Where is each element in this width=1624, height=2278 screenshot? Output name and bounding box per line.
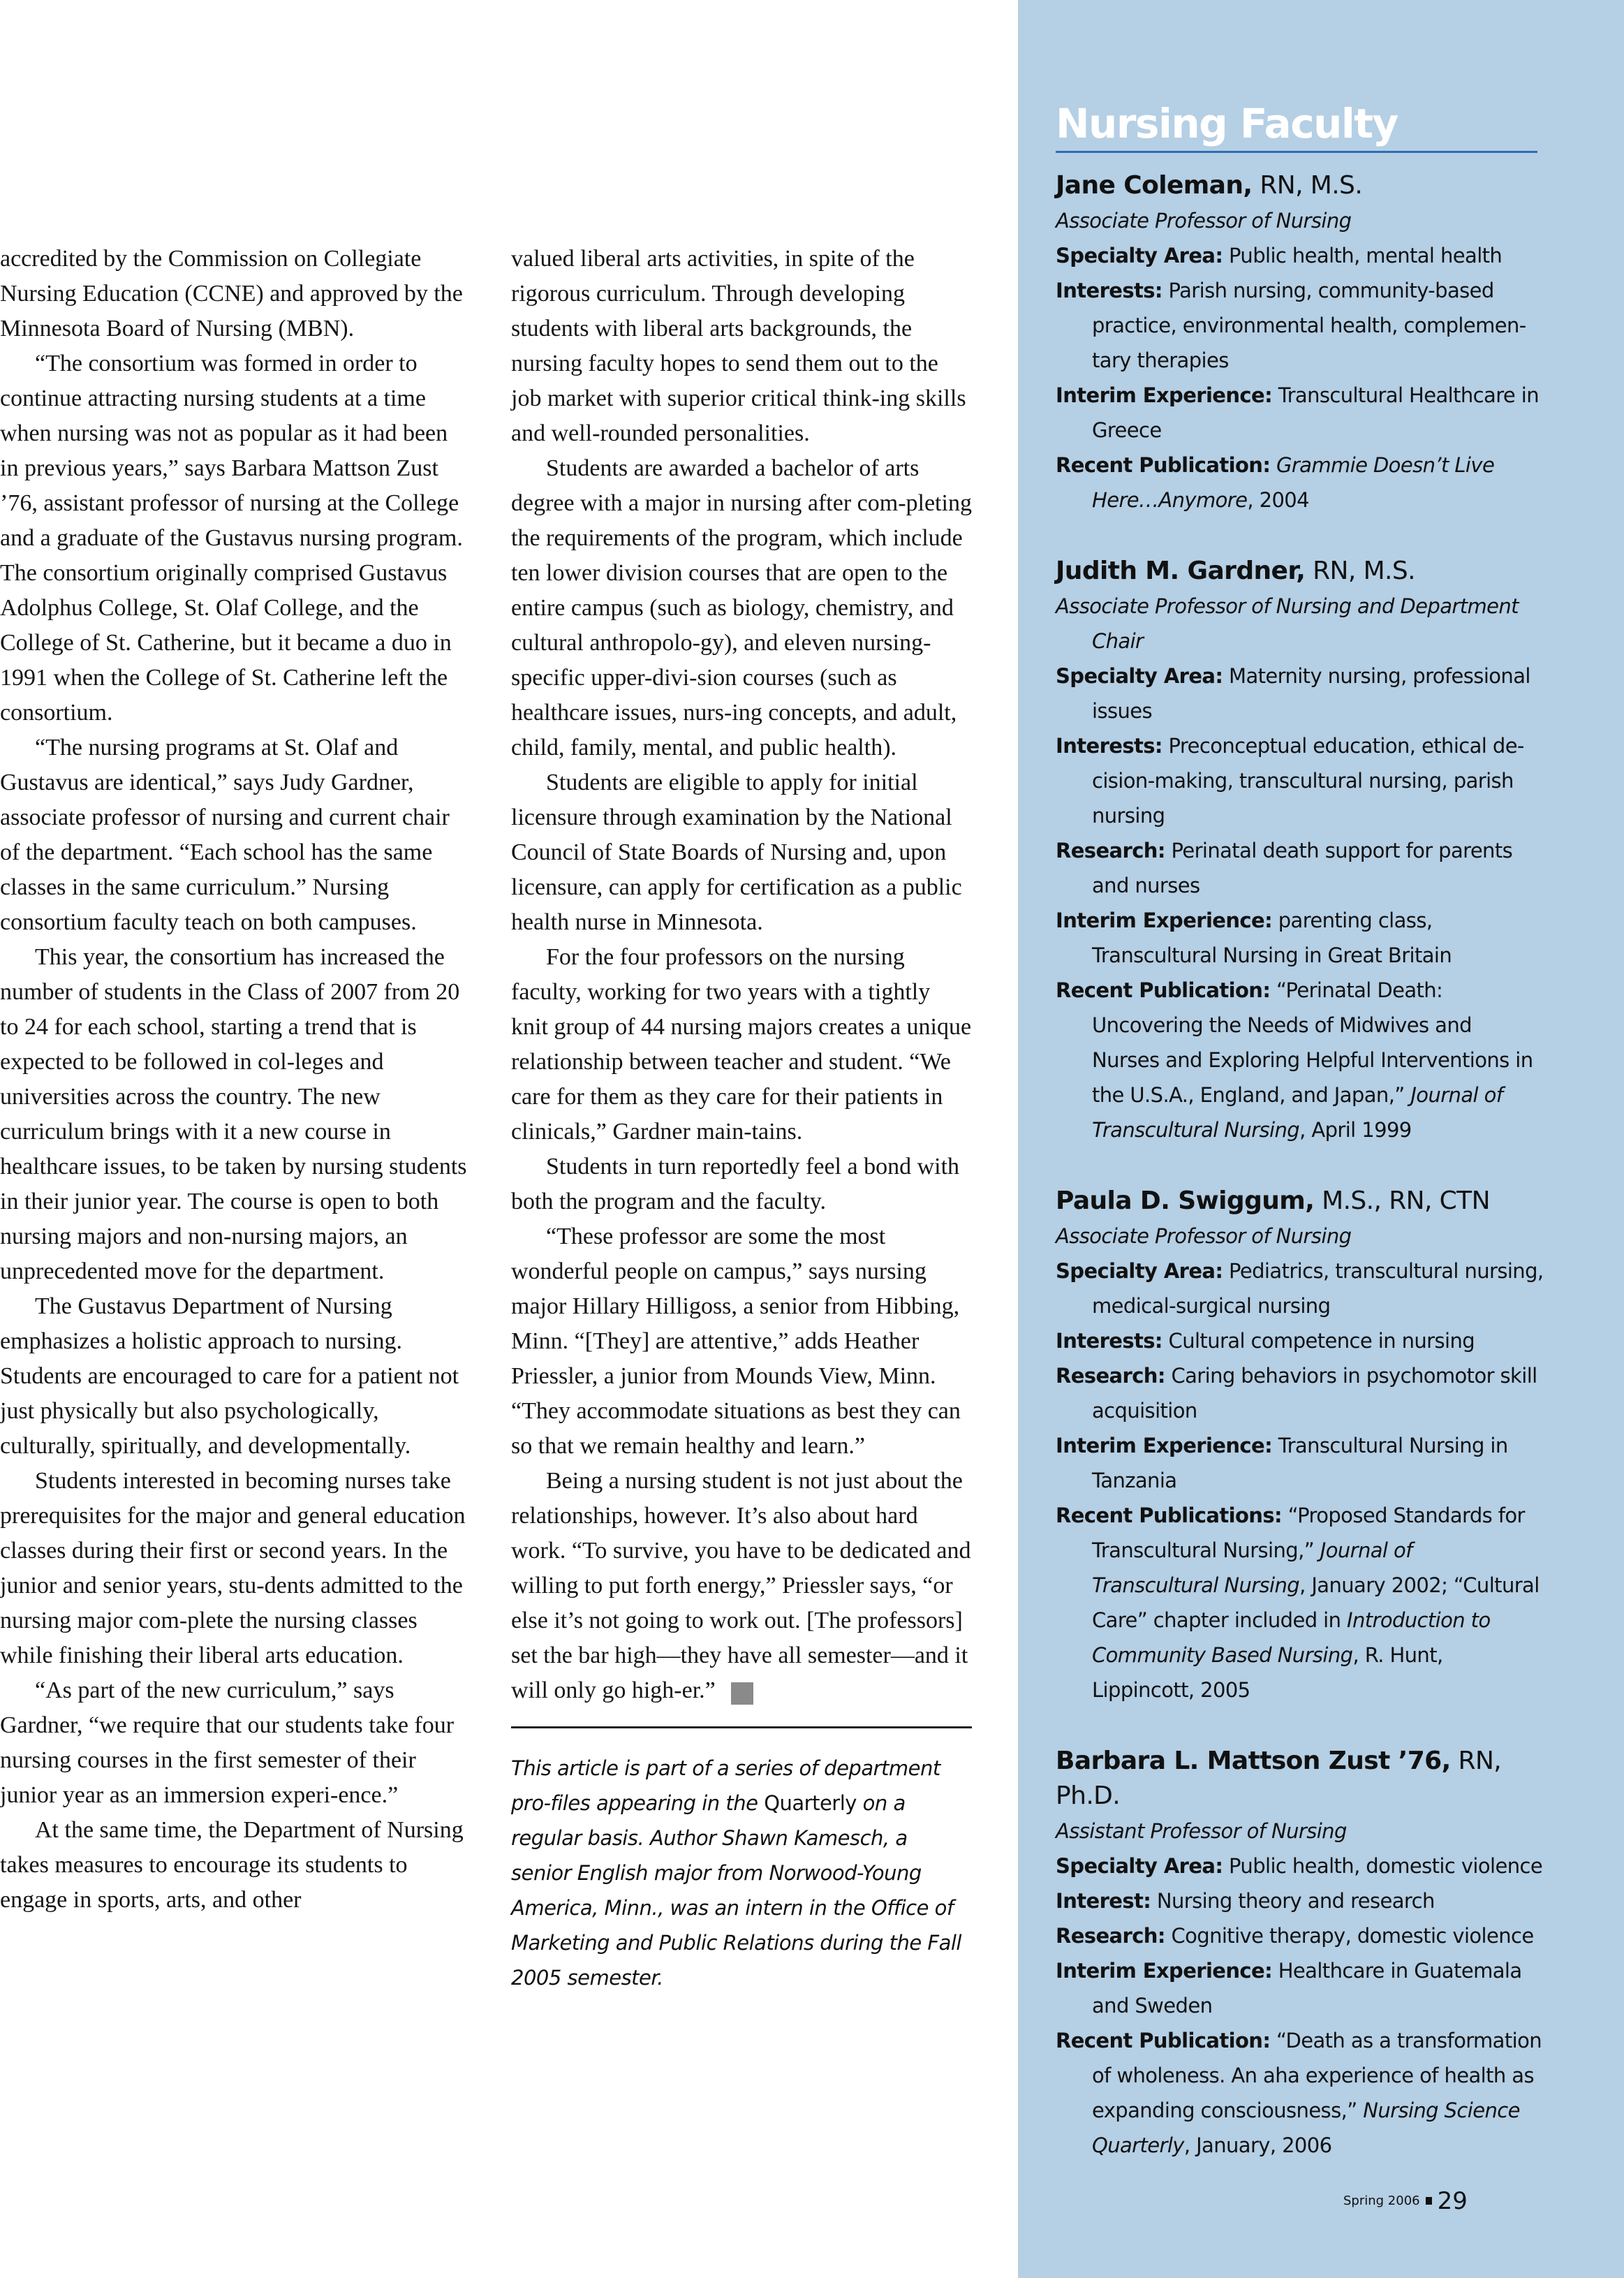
issue-season: Spring 2006: [1343, 2194, 1420, 2208]
field-interests: Interests: Parish nursing, community-bas…: [1056, 273, 1544, 378]
article-column-2: valued liberal arts activities, in spite…: [511, 242, 972, 1995]
faculty-entry: Judith M. Gardner, RN, M.S. Associate Pr…: [1056, 554, 1544, 1147]
field-publication: Recent Publication: Grammie Doesn’t Live…: [1056, 448, 1544, 517]
square-bullet-icon: [1426, 2197, 1432, 2205]
field-publication: Recent Publications: “Proposed Standards…: [1056, 1498, 1544, 1707]
field-research: Research: Cognitive therapy, domestic vi…: [1056, 1918, 1544, 1953]
paragraph: For the four professors on the nursing f…: [511, 940, 972, 1149]
field-interest: Interest: Nursing theory and research: [1056, 1883, 1544, 1918]
paragraph-text: Being a nursing student is not just abou…: [511, 1468, 971, 1703]
field-specialty: Specialty Area: Pediatrics, transcultura…: [1056, 1254, 1544, 1323]
faculty-entry: Barbara L. Mattson Zust ’76, RN, Ph.D. A…: [1056, 1744, 1544, 2163]
end-of-article-icon: G: [731, 1682, 753, 1705]
field-research: Research: Caring behaviors in psychomoto…: [1056, 1358, 1544, 1428]
paragraph: This year, the consortium has increased …: [0, 940, 468, 1289]
paragraph: “These professor are some the most wonde…: [511, 1219, 972, 1464]
paragraph: Students in turn reportedly feel a bond …: [511, 1149, 972, 1219]
faculty-sidebar: Nursing Faculty Jane Coleman, RN, M.S. A…: [1018, 0, 1624, 2278]
paragraph: Students are awarded a bachelor of arts …: [511, 451, 972, 765]
page-footer: Spring 200629: [1343, 2187, 1468, 2215]
paragraph: “As part of the new curriculum,” says Ga…: [0, 1673, 468, 1813]
paragraph: At the same time, the Department of Nurs…: [0, 1813, 468, 1918]
field-research: Research: Perinatal death support for pa…: [1056, 833, 1544, 903]
faculty-name: Judith M. Gardner, RN, M.S.: [1056, 554, 1544, 589]
field-publication: Recent Publication: “Perinatal Death: Un…: [1056, 973, 1544, 1147]
sidebar-title: Nursing Faculty: [1056, 99, 1544, 148]
field-specialty: Specialty Area: Maternity nursing, profe…: [1056, 659, 1544, 728]
faculty-credentials: M.S., RN, CTN: [1322, 1186, 1490, 1215]
field-interests: Interests: Cultural competence in nursin…: [1056, 1323, 1544, 1358]
page-number: 29: [1438, 2187, 1468, 2215]
paragraph: valued liberal arts activities, in spite…: [511, 242, 972, 451]
faculty-entry: Paula D. Swiggum, M.S., RN, CTN Associat…: [1056, 1184, 1544, 1707]
paragraph: “The consortium was formed in order to c…: [0, 346, 468, 730]
faculty-name: Barbara L. Mattson Zust ’76, RN, Ph.D.: [1056, 1744, 1544, 1814]
faculty-title: Associate Professor of Nursing: [1056, 1219, 1544, 1254]
faculty-title: Associate Professor of Nursing: [1056, 203, 1544, 238]
field-specialty: Specialty Area: Public health, domestic …: [1056, 1849, 1544, 1883]
field-specialty: Specialty Area: Public health, mental he…: [1056, 238, 1544, 273]
paragraph-final: Being a nursing student is not just abou…: [511, 1464, 972, 1708]
title-underline: [1056, 151, 1537, 153]
article-column-1: accredited by the Commission on Collegia…: [0, 242, 468, 1918]
faculty-title: Assistant Professor of Nursing: [1056, 1814, 1544, 1849]
faculty-credentials: RN, M.S.: [1313, 557, 1415, 585]
field-interim: Interim Experience: Healthcare in Guatem…: [1056, 1953, 1544, 2023]
publication-name: Quarterly: [764, 1791, 857, 1815]
paragraph: Students are eligible to apply for initi…: [511, 765, 972, 940]
field-interim: Interim Experience: parenting class, Tra…: [1056, 903, 1544, 973]
divider: [511, 1726, 972, 1728]
field-interests: Interests: Preconceptual education, ethi…: [1056, 728, 1544, 833]
faculty-name: Jane Coleman, RN, M.S.: [1056, 168, 1544, 203]
paragraph: The Gustavus Department of Nursing empha…: [0, 1289, 468, 1464]
faculty-credentials: RN, M.S.: [1260, 171, 1362, 200]
faculty-entry: Jane Coleman, RN, M.S. Associate Profess…: [1056, 168, 1544, 517]
field-interim: Interim Experience: Transcultural Nursin…: [1056, 1428, 1544, 1498]
author-note: This article is part of a series of depa…: [511, 1751, 972, 1995]
field-interim: Interim Experience: Transcultural Health…: [1056, 378, 1544, 448]
faculty-name: Paula D. Swiggum, M.S., RN, CTN: [1056, 1184, 1544, 1219]
faculty-title: Associate Professor of Nursing and Depar…: [1056, 589, 1544, 659]
field-publication: Recent Publication: “Death as a transfor…: [1056, 2023, 1544, 2163]
paragraph: Students interested in becoming nurses t…: [0, 1464, 468, 1673]
paragraph: accredited by the Commission on Collegia…: [0, 242, 468, 346]
paragraph: “The nursing programs at St. Olaf and Gu…: [0, 730, 468, 940]
